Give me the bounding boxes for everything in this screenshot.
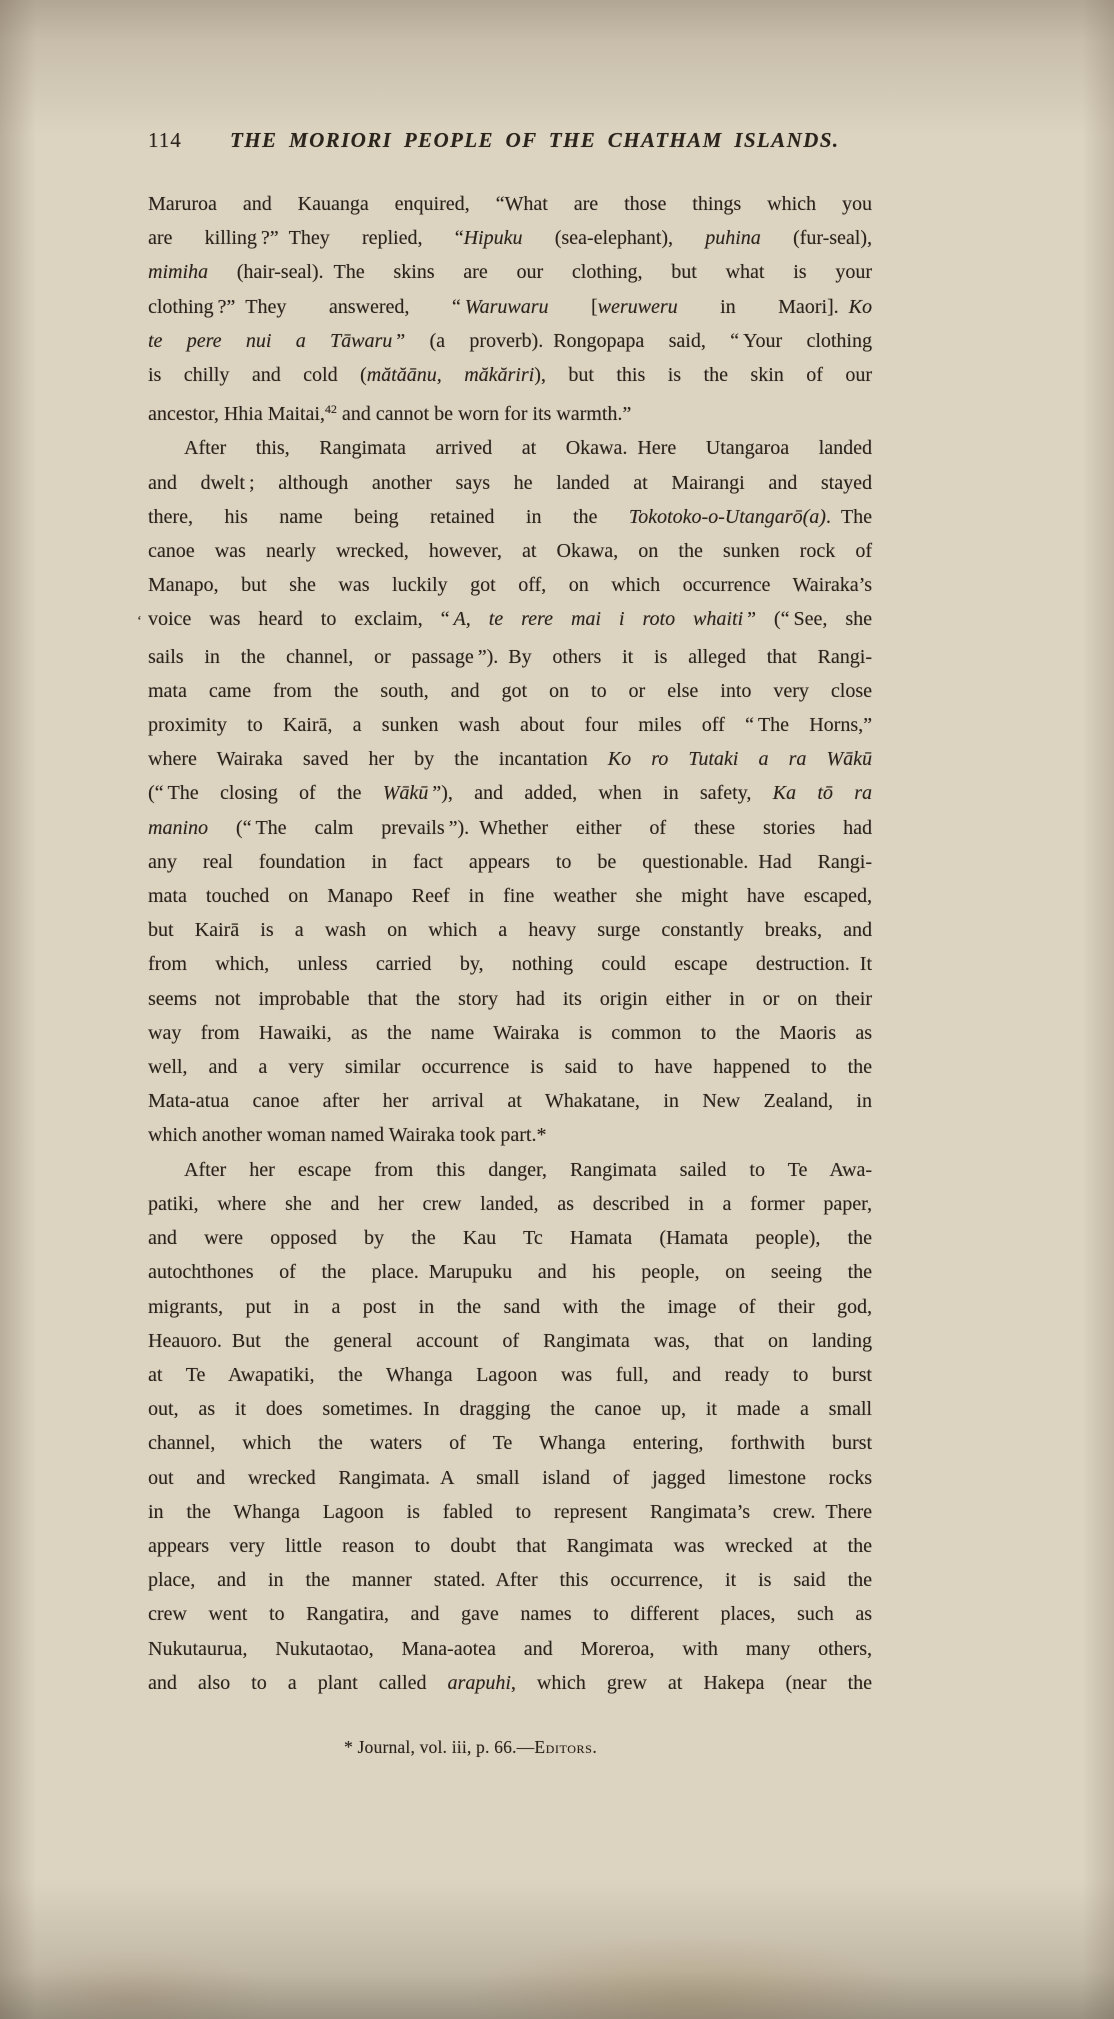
- text-line: which another woman named Wairaka took p…: [148, 1118, 872, 1152]
- text-line: ancestor, Hhia Maitai,42 and cannot be w…: [148, 392, 872, 431]
- text-line: are killing ?” They replied, “Hipuku (se…: [148, 221, 872, 255]
- text-line: autochthones of the place. Marupuku and …: [148, 1255, 872, 1289]
- text-line: Nukutaurua, Nukutaotao, Mana-aotea and M…: [148, 1632, 872, 1666]
- text-line: well, and a very similar occurrence is s…: [148, 1050, 872, 1084]
- text-line: Maruroa and Kauanga enquired, “What are …: [148, 187, 872, 221]
- text-line: is chilly and cold (mătăānu, măkăriri), …: [148, 358, 872, 392]
- text-line: mata came from the south, and got on to …: [148, 674, 872, 708]
- text-line: where Wairaka saved her by the incantati…: [148, 742, 872, 776]
- page-number: 114: [148, 128, 230, 153]
- text-line: proximity to Kairā, a sunken wash about …: [148, 708, 872, 742]
- text-line: canoe was nearly wrecked, however, at Ok…: [148, 534, 872, 568]
- text-line: After this, Rangimata arrived at Okawa. …: [148, 431, 872, 465]
- page-header: 114 THE MORIORI PEOPLE OF THE CHATHAM IS…: [148, 128, 872, 153]
- text-line: ‘voice was heard to exclaim, “ A, te rer…: [148, 602, 872, 639]
- running-title: THE MORIORI PEOPLE OF THE CHATHAM ISLAND…: [230, 128, 872, 153]
- text-line: way from Hawaiki, as the name Wairaka is…: [148, 1016, 872, 1050]
- paragraph: Maruroa and Kauanga enquired, “What are …: [148, 187, 872, 431]
- page-scan: 114 THE MORIORI PEOPLE OF THE CHATHAM IS…: [0, 0, 1114, 2019]
- text-line: from which, unless carried by, nothing c…: [148, 947, 872, 981]
- text-line: seems not improbable that the story had …: [148, 982, 872, 1016]
- footnote-marker: *: [344, 1737, 353, 1757]
- text-line: and dwelt ; although another says he lan…: [148, 466, 872, 500]
- text-line: appears very little reason to doubt that…: [148, 1529, 872, 1563]
- text-line: manino (“ The calm prevails ”). Whether …: [148, 811, 872, 845]
- body-text: Maruroa and Kauanga enquired, “What are …: [148, 187, 872, 1700]
- text-line: and also to a plant called arapuhi, whic…: [148, 1666, 872, 1700]
- text-line: After her escape from this danger, Rangi…: [148, 1153, 872, 1187]
- footnote-editors: Editors.: [534, 1737, 597, 1757]
- footnote-text: Journal, vol. iii, p. 66.—: [353, 1737, 534, 1757]
- text-line: Mata-atua canoe after her arrival at Wha…: [148, 1084, 872, 1118]
- text-line: (“ The closing of the Wākū ”), and added…: [148, 776, 872, 810]
- text-line: mata touched on Manapo Reef in fine weat…: [148, 879, 872, 913]
- footnote: * Journal, vol. iii, p. 66.—Editors.: [148, 1737, 872, 1758]
- text-line: at Te Awapatiki, the Whanga Lagoon was f…: [148, 1358, 872, 1392]
- paragraph: After her escape from this danger, Rangi…: [148, 1153, 872, 1700]
- text-line: and were opposed by the Kau Tc Hamata (H…: [148, 1221, 872, 1255]
- text-line: channel, which the waters of Te Whanga e…: [148, 1426, 872, 1460]
- text-line: place, and in the manner stated. After t…: [148, 1563, 872, 1597]
- text-line: out and wrecked Rangimata. A small islan…: [148, 1461, 872, 1495]
- paragraph: After this, Rangimata arrived at Okawa. …: [148, 431, 872, 1152]
- text-line: te pere nui a Tāwaru ” (a proverb). Rong…: [148, 324, 872, 358]
- text-line: migrants, put in a post in the sand with…: [148, 1290, 872, 1324]
- text-line: there, his name being retained in the To…: [148, 500, 872, 534]
- text-line: patiki, where she and her crew landed, a…: [148, 1187, 872, 1221]
- text-line: but Kairā is a wash on which a heavy sur…: [148, 913, 872, 947]
- text-line: clothing ?” They answered, “ Waruwaru [w…: [148, 290, 872, 324]
- text-line: in the Whanga Lagoon is fabled to repres…: [148, 1495, 872, 1529]
- text-line: mimiha (hair-seal). The skins are our cl…: [148, 255, 872, 289]
- text-line: out, as it does sometimes. In dragging t…: [148, 1392, 872, 1426]
- text-line: Heauoro. But the general account of Rang…: [148, 1324, 872, 1358]
- text-line: any real foundation in fact appears to b…: [148, 845, 872, 879]
- text-line: sails in the channel, or passage ”). By …: [148, 640, 872, 674]
- text-line: Manapo, but she was luckily got off, on …: [148, 568, 872, 602]
- text-line: crew went to Rangatira, and gave names t…: [148, 1597, 872, 1631]
